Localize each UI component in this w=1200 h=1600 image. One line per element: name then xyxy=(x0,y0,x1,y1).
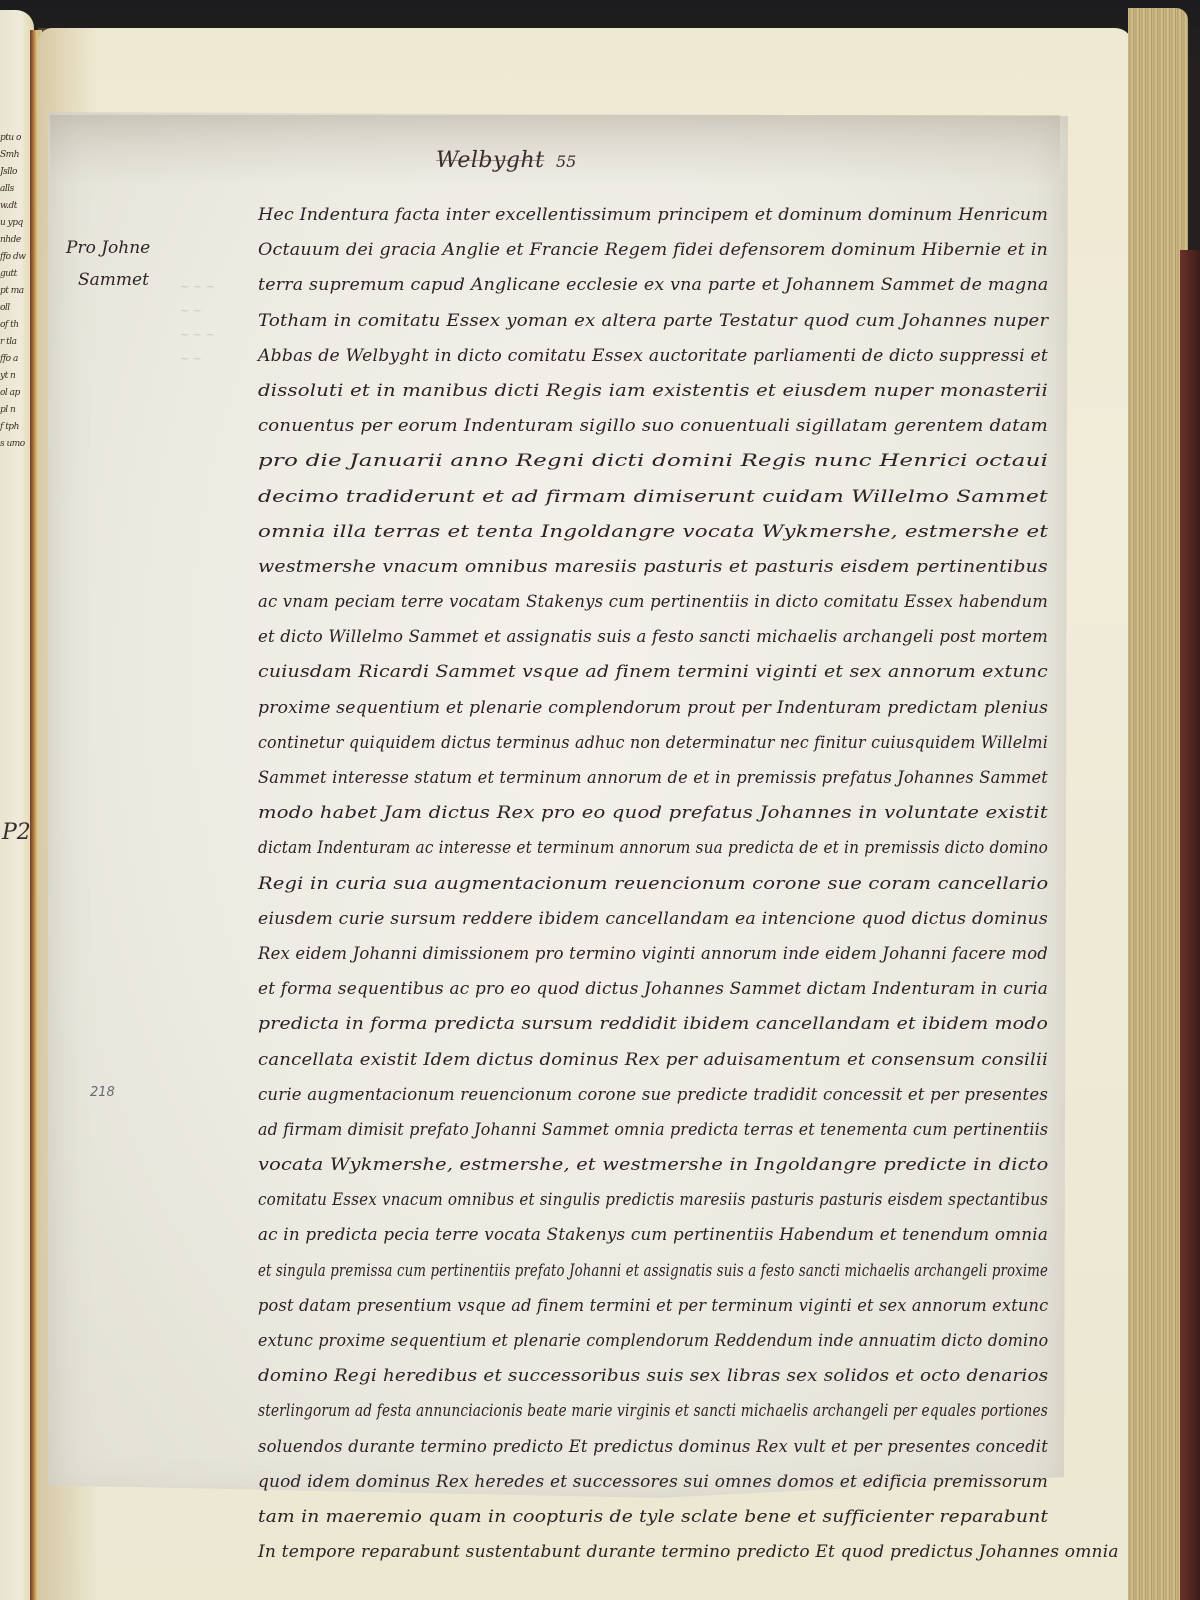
text-line: westmershe vnacum omnibus maresiis pastu… xyxy=(258,550,1048,585)
text-line: decimo tradiderunt et ad firmam dimiseru… xyxy=(258,480,1048,515)
text-line: Regi in curia sua augmentacionum reuenci… xyxy=(258,867,1048,902)
text-line: ad firmam dimisit prefato Johanni Sammet… xyxy=(258,1113,1048,1148)
text-line: cancellata existit Idem dictus dominus R… xyxy=(258,1043,1048,1078)
text-line: eiusdem curie sursum reddere ibidem canc… xyxy=(258,902,1048,937)
text-line: Abbas de Welbyght in dicto comitatu Esse… xyxy=(258,339,1048,374)
parchment-top-stain xyxy=(50,115,1060,185)
text-line: post datam presentium vsque ad finem ter… xyxy=(258,1289,1048,1324)
text-line: quod idem dominus Rex heredes et success… xyxy=(258,1465,1048,1500)
text-line: et forma sequentibus ac pro eo quod dict… xyxy=(258,972,1048,1007)
text-line: sterlingorum ad festa annunciacionis bea… xyxy=(258,1394,1048,1429)
text-line: domino Regi heredibus et successoribus s… xyxy=(258,1359,1048,1394)
text-line: pro die Januarii anno Regni dicti domini… xyxy=(258,444,1048,479)
text-line: Sammet interesse statum et terminum anno… xyxy=(258,761,1048,796)
text-line: dissoluti et in manibus dicti Regis iam … xyxy=(258,374,1048,409)
text-line: extunc proxime sequentium et plenarie co… xyxy=(258,1324,1048,1359)
facing-page-left: ptu oSmhJslloallsw.dtu ypqnhdeffo dwgutt… xyxy=(0,10,34,1600)
left-page-mark: P2 xyxy=(2,820,31,845)
text-line: tam in maeremio quam in coopturis de tyl… xyxy=(258,1500,1048,1535)
text-line: comitatu Essex vnacum omnibus et singuli… xyxy=(258,1183,1048,1218)
text-line: Rex eidem Johanni dimissionem pro termin… xyxy=(258,937,1048,972)
text-line: modo habet Jam dictus Rex pro eo quod pr… xyxy=(258,796,1048,831)
text-line: dictam Indenturam ac interesse et termin… xyxy=(258,831,1048,866)
text-line: vocata Wykmershe, estmershe, et westmers… xyxy=(258,1148,1048,1183)
indenture-text: Hec Indentura facta inter excellentissim… xyxy=(258,198,1058,1570)
offset-ghost-writing: ~ ~ ~~ ~~ ~ ~~ ~ xyxy=(180,275,260,371)
margin-note-line: Pro Johne xyxy=(66,232,206,264)
text-line: terra supremum capud Anglicane ecclesie … xyxy=(258,268,1048,303)
text-line: In tempore reparabunt sustentabunt duran… xyxy=(258,1535,1058,1570)
text-line: ac vnam peciam terre vocatam Stakenys cu… xyxy=(258,585,1048,620)
text-line: et dicto Willelmo Sammet et assignatis s… xyxy=(258,620,1048,655)
text-line: Totham in comitatu Essex yoman ex altera… xyxy=(258,304,1048,339)
book-cover-edge xyxy=(1180,250,1200,1600)
text-line: cuiusdam Ricardi Sammet vsque ad finem t… xyxy=(258,655,1048,690)
text-line: Octauum dei gracia Anglie et Francie Reg… xyxy=(258,233,1048,268)
text-line: continetur quiquidem dictus terminus adh… xyxy=(258,726,1048,761)
text-line: conuentus per eorum Indenturam sigillo s… xyxy=(258,409,1048,444)
fore-edge-page-stack xyxy=(1128,8,1188,1600)
document-header-number: 55 xyxy=(556,152,576,171)
text-line: curie augmentacionum reuencionum corone … xyxy=(258,1078,1048,1113)
document-header-title: Welbyght xyxy=(436,148,544,173)
text-line: et singula premissa cum pertinentiis pre… xyxy=(258,1254,1048,1289)
text-line: ac in predicta pecia terre vocata Staken… xyxy=(258,1218,1048,1253)
text-line: predicta in forma predicta sursum reddid… xyxy=(258,1007,1048,1042)
text-line: soluendos durante termino predicto Et pr… xyxy=(258,1430,1048,1465)
text-line: proxime sequentium et plenarie complendo… xyxy=(258,691,1048,726)
pencil-folio-number: 218 xyxy=(90,1085,115,1100)
text-line: omnia illa terras et tenta Ingoldangre v… xyxy=(258,515,1048,550)
facing-page-text: ptu oSmhJslloallsw.dtu ypqnhdeffo dwgutt… xyxy=(0,130,30,453)
text-line: Hec Indentura facta inter excellentissim… xyxy=(258,198,1048,233)
